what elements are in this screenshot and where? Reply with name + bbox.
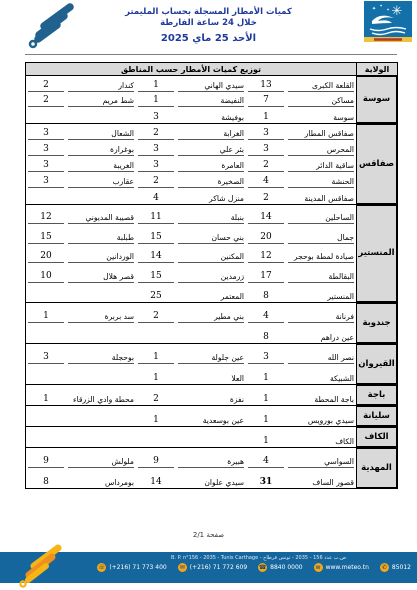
rain-value: 2 — [138, 124, 174, 140]
station-row: الحنشة4الصخيرة2عقارب3 — [28, 172, 354, 188]
station-row: صفاقس المطار3الغرابة2الشعال3 — [28, 124, 354, 140]
rain-value: 14 — [138, 244, 174, 264]
rain-value: 3 — [138, 156, 174, 172]
station-name: زرمدين — [178, 263, 244, 283]
rain-value: 20 — [28, 244, 64, 264]
rain-value: 15 — [138, 224, 174, 244]
rain-value: 8 — [248, 283, 284, 303]
station-row: صيادة لمطة بوحجر12المكنين14الوردانين20 — [28, 244, 354, 264]
station-name: سد بربرة — [68, 303, 134, 323]
station-name: سيدي بورويس — [288, 406, 354, 426]
station-name: عين جلولة — [178, 344, 244, 364]
rain-value: 3 — [28, 140, 64, 156]
station-name: الحنشة — [288, 172, 354, 188]
station-name: العلا — [178, 364, 244, 384]
contact-list: ☏(+216) 71 773 400✉(+216) 71 772 609☎884… — [90, 563, 411, 572]
rain-value: 14 — [248, 205, 284, 225]
contact-text: 8840 0000 — [270, 564, 302, 571]
rain-value: 9 — [138, 448, 174, 468]
web-icon: w — [314, 563, 323, 572]
governorate-group: الكافالكاف1 — [26, 427, 397, 448]
station-row: مساكن7النفيضة1شط مريم2 — [28, 92, 354, 108]
station-name: الكاف — [288, 427, 354, 447]
station-name — [178, 323, 244, 343]
svg-text:✳: ✳ — [392, 4, 403, 19]
rain-value: 8 — [28, 468, 64, 488]
rain-value: 1 — [28, 385, 64, 405]
station-name: هبيرة — [178, 448, 244, 468]
contact-item: ✉(+216) 71 772 609 — [178, 563, 247, 572]
station-name — [68, 188, 134, 204]
rain-value: 3 — [28, 344, 64, 364]
rain-value: 1 — [138, 364, 174, 384]
rain-value: 4 — [248, 448, 284, 468]
station-name: الشبيكة — [288, 364, 354, 384]
station-name: عين بوسعدية — [178, 406, 244, 426]
station-name: جمال — [288, 224, 354, 244]
station-name: عين دراهم — [288, 323, 354, 343]
station-name: بني حسان — [178, 224, 244, 244]
station-row: صفاقس المدينة2منزل شاكر4 — [28, 188, 354, 204]
rain-value: 31 — [248, 468, 284, 488]
rain-value — [28, 323, 64, 343]
rain-value: 1 — [138, 92, 174, 108]
station-name: السواسي — [288, 448, 354, 468]
station-name: مساكن — [288, 92, 354, 108]
station-name: النفيضة — [178, 92, 244, 108]
station-row: الساحلين14بنبلة11قصيبة المديوني12 — [28, 205, 354, 225]
rain-value: 3 — [248, 124, 284, 140]
station-name — [68, 427, 134, 447]
rain-value: 8 — [248, 323, 284, 343]
footer-bar: B. P. n°156 - 2035 - Tunis Carthage - ص.… — [0, 552, 417, 583]
rain-value: 17 — [248, 263, 284, 283]
report-date: الأحد 25 ماي 2025 — [0, 33, 417, 44]
rain-value: 1 — [28, 303, 64, 323]
governorate-group: سوسةالقلعة الكبرى13سيدي الهاني1كندار2مسا… — [26, 76, 397, 124]
station-name — [68, 364, 134, 384]
station-name: بنبلة — [178, 205, 244, 225]
rain-table-body: سوسةالقلعة الكبرى13سيدي الهاني1كندار2مسا… — [26, 76, 397, 488]
rain-value — [138, 323, 174, 343]
rain-value: 20 — [248, 224, 284, 244]
contact-item: ☎8840 0000 — [258, 563, 302, 572]
station-row: الكاف1 — [28, 427, 354, 447]
station-name: صفاقس المدينة — [288, 188, 354, 204]
rain-value — [28, 283, 64, 303]
station-name: عقارب — [68, 172, 134, 188]
address-line: B. P. n°156 - 2035 - Tunis Carthage - ص.… — [110, 555, 407, 561]
station-name: قصر هلال — [68, 263, 134, 283]
title-line-1: كميات الأمطار المسجلة بحساب المليمتر — [0, 7, 417, 18]
rain-value: 2 — [138, 385, 174, 405]
rain-value: 12 — [248, 244, 284, 264]
distribution-column-header: توزيع كميات الأمطار حسب المناطق — [26, 63, 356, 75]
governorate-group: باجةباجة المحطة1نفزة2محطة وادي الزرقاء1 — [26, 385, 397, 406]
station-name: البقالطة — [288, 263, 354, 283]
station-name: بوحجلة — [68, 344, 134, 364]
rain-value: 3 — [28, 156, 64, 172]
station-name: المعتمر — [178, 283, 244, 303]
contact-item: ☏(+216) 71 773 400 — [97, 563, 166, 572]
rain-value: 13 — [248, 76, 284, 92]
station-row: ساقية الدائر2العامرة3الغريبة3 — [28, 156, 354, 172]
rain-value: 2 — [28, 76, 64, 92]
mail-icon: ✉ — [178, 563, 187, 572]
contact-item: ✆85012 — [380, 563, 411, 572]
rain-value: 1 — [248, 364, 284, 384]
station-row: عين دراهم8 — [28, 323, 354, 343]
rain-value: 4 — [248, 303, 284, 323]
station-name: الساحلين — [288, 205, 354, 225]
rain-value: 4 — [138, 188, 174, 204]
station-name: القلعة الكبرى — [288, 76, 354, 92]
rain-value: 2 — [248, 188, 284, 204]
governorate-label: المنستير — [356, 205, 397, 303]
rain-value: 11 — [138, 205, 174, 225]
rain-value: 25 — [138, 283, 174, 303]
station-row: باجة المحطة1نفزة2محطة وادي الزرقاء1 — [28, 385, 354, 405]
rain-value: 2 — [138, 303, 174, 323]
governorate-label: باجة — [356, 385, 397, 405]
station-name: المحرس — [288, 140, 354, 156]
contact-text: www.meteo.tn — [326, 564, 369, 571]
page-number: صفحة 2/1 — [0, 531, 417, 539]
rain-value — [28, 406, 64, 426]
station-name — [68, 406, 134, 426]
rainfall-table: الولاية توزيع كميات الأمطار حسب المناطق … — [25, 62, 398, 489]
governorate-group: سليانةسيدي بورويس1عين بوسعدية1 — [26, 406, 397, 427]
rain-value — [28, 364, 64, 384]
governorate-group: صفاقسصفاقس المطار3الغرابة2الشعال3المحرس3… — [26, 124, 397, 205]
svg-text:✦: ✦ — [372, 6, 376, 12]
governorate-label: صفاقس — [356, 124, 397, 204]
station-name: بني مطير — [178, 303, 244, 323]
station-row: سيدي بورويس1عين بوسعدية1 — [28, 406, 354, 426]
station-row: السواسي4هبيرة9ملولش9 — [28, 448, 354, 468]
station-row: جمال20بني حسان15طبلبة15 — [28, 224, 354, 244]
station-name: شط مريم — [68, 92, 134, 108]
governorate-group: جندوبةفرنانة4بني مطير2سد بربرة1عين دراهم… — [26, 303, 397, 344]
governorate-label: المهدية — [356, 448, 397, 488]
station-name: المكنين — [178, 244, 244, 264]
station-name: صيادة لمطة بوحجر — [288, 244, 354, 264]
station-row: المحرس3بئر علي3بوغرارة3 — [28, 140, 354, 156]
station-name — [178, 427, 244, 447]
station-name: الغريبة — [68, 156, 134, 172]
station-name: نصر الله — [288, 344, 354, 364]
rain-value — [138, 427, 174, 447]
rain-value: 12 — [28, 205, 64, 225]
station-name: طبلبة — [68, 224, 134, 244]
station-name: الصخيرة — [178, 172, 244, 188]
rain-value: 1 — [138, 344, 174, 364]
rain-value: 2 — [138, 172, 174, 188]
station-name: محطة وادي الزرقاء — [68, 385, 134, 405]
rain-value: 9 — [28, 448, 64, 468]
report-title: كميات الأمطار المسجلة بحساب المليمتر خلا… — [0, 7, 417, 28]
sms-icon: ✆ — [380, 563, 389, 572]
station-name: ملولش — [68, 448, 134, 468]
station-name: العامرة — [178, 156, 244, 172]
governorate-group: المنستيرالساحلين14بنبلة11قصيبة المديوني1… — [26, 205, 397, 304]
station-name: الوردانين — [68, 244, 134, 264]
fax-icon: ☏ — [97, 563, 106, 572]
governorate-group: القيرواننصر الله3عين جلولة1بوحجلة3الشبيك… — [26, 344, 397, 385]
rain-value: 2 — [28, 92, 64, 108]
governorate-group: المهديةالسواسي4هبيرة9ملولش9قصور الساف31س… — [26, 448, 397, 488]
rain-value: 4 — [248, 172, 284, 188]
station-name: صفاقس المطار — [288, 124, 354, 140]
contact-text: (+216) 71 772 609 — [190, 564, 247, 571]
contact-item: wwww.meteo.tn — [314, 563, 369, 572]
station-name: كندار — [68, 76, 134, 92]
rain-value: 1 — [248, 385, 284, 405]
station-name: نفزة — [178, 385, 244, 405]
rain-value: 3 — [248, 344, 284, 364]
station-name — [68, 107, 134, 123]
rain-value: 10 — [28, 263, 64, 283]
station-name: قصيبة المديوني — [68, 205, 134, 225]
rain-value: 1 — [248, 107, 284, 123]
station-name: بومرداس — [68, 468, 134, 488]
rain-value: 1 — [138, 406, 174, 426]
contact-text: (+216) 71 773 400 — [109, 564, 166, 571]
rain-value — [28, 427, 64, 447]
rain-value: 3 — [248, 140, 284, 156]
station-row: المنستير8المعتمر25 — [28, 283, 354, 303]
station-row: نصر الله3عين جلولة1بوحجلة3 — [28, 344, 354, 364]
station-name — [68, 283, 134, 303]
rain-value: 7 — [248, 92, 284, 108]
station-name: المنستير — [288, 283, 354, 303]
station-name: بوغرارة — [68, 140, 134, 156]
contact-text: 85012 — [392, 564, 411, 571]
rain-value: 3 — [28, 124, 64, 140]
station-name: بوفيشة — [178, 107, 244, 123]
governorate-label: سوسة — [356, 76, 397, 123]
rain-value: 14 — [138, 468, 174, 488]
station-name: منزل شاكر — [178, 188, 244, 204]
rain-value: 1 — [138, 76, 174, 92]
phone-icon: ☎ — [258, 563, 267, 572]
station-name: الشعال — [68, 124, 134, 140]
header-divider — [25, 54, 397, 55]
governorate-column-header: الولاية — [356, 63, 397, 75]
station-row: سوسة1بوفيشة3 — [28, 107, 354, 123]
station-row: القلعة الكبرى13سيدي الهاني1كندار2 — [28, 76, 354, 92]
station-row: فرنانة4بني مطير2سد بربرة1 — [28, 303, 354, 323]
rain-value: 1 — [248, 406, 284, 426]
rain-value — [28, 107, 64, 123]
station-name: ساقية الدائر — [288, 156, 354, 172]
rain-value: 15 — [138, 263, 174, 283]
report-page: كميات الأمطار المسجلة بحساب المليمتر خلا… — [0, 0, 417, 590]
station-name: سوسة — [288, 107, 354, 123]
station-name: قصور الساف — [288, 468, 354, 488]
station-row: قصور الساف31سيدي علوان14بومرداس8 — [28, 468, 354, 488]
title-line-2: خلال 24 ساعة الفارطة — [0, 18, 417, 29]
rain-value: 3 — [138, 107, 174, 123]
rain-value — [28, 188, 64, 204]
inm-emblem-icon: ✳ ✦ ✦ ✦ — [364, 1, 412, 42]
governorate-label: سليانة — [356, 406, 397, 426]
station-name: سيدي الهاني — [178, 76, 244, 92]
rain-value: 2 — [248, 156, 284, 172]
station-name: سيدي علوان — [178, 468, 244, 488]
station-row: البقالطة17زرمدين15قصر هلال10 — [28, 263, 354, 283]
station-name: باجة المحطة — [288, 385, 354, 405]
rain-value: 3 — [138, 140, 174, 156]
inm-stripes-logo-yellow-icon — [12, 544, 70, 588]
rain-value: 15 — [28, 224, 64, 244]
station-row: الشبيكة1العلا1 — [28, 364, 354, 384]
governorate-label: الكاف — [356, 427, 397, 447]
governorate-label: جندوبة — [356, 303, 397, 343]
governorate-label: القيروان — [356, 344, 397, 384]
table-header-row: الولاية توزيع كميات الأمطار حسب المناطق — [26, 63, 397, 76]
rain-value: 1 — [248, 427, 284, 447]
station-name: الغرابة — [178, 124, 244, 140]
station-name — [68, 323, 134, 343]
station-name: بئر علي — [178, 140, 244, 156]
station-name: فرنانة — [288, 303, 354, 323]
rain-value: 3 — [28, 172, 64, 188]
